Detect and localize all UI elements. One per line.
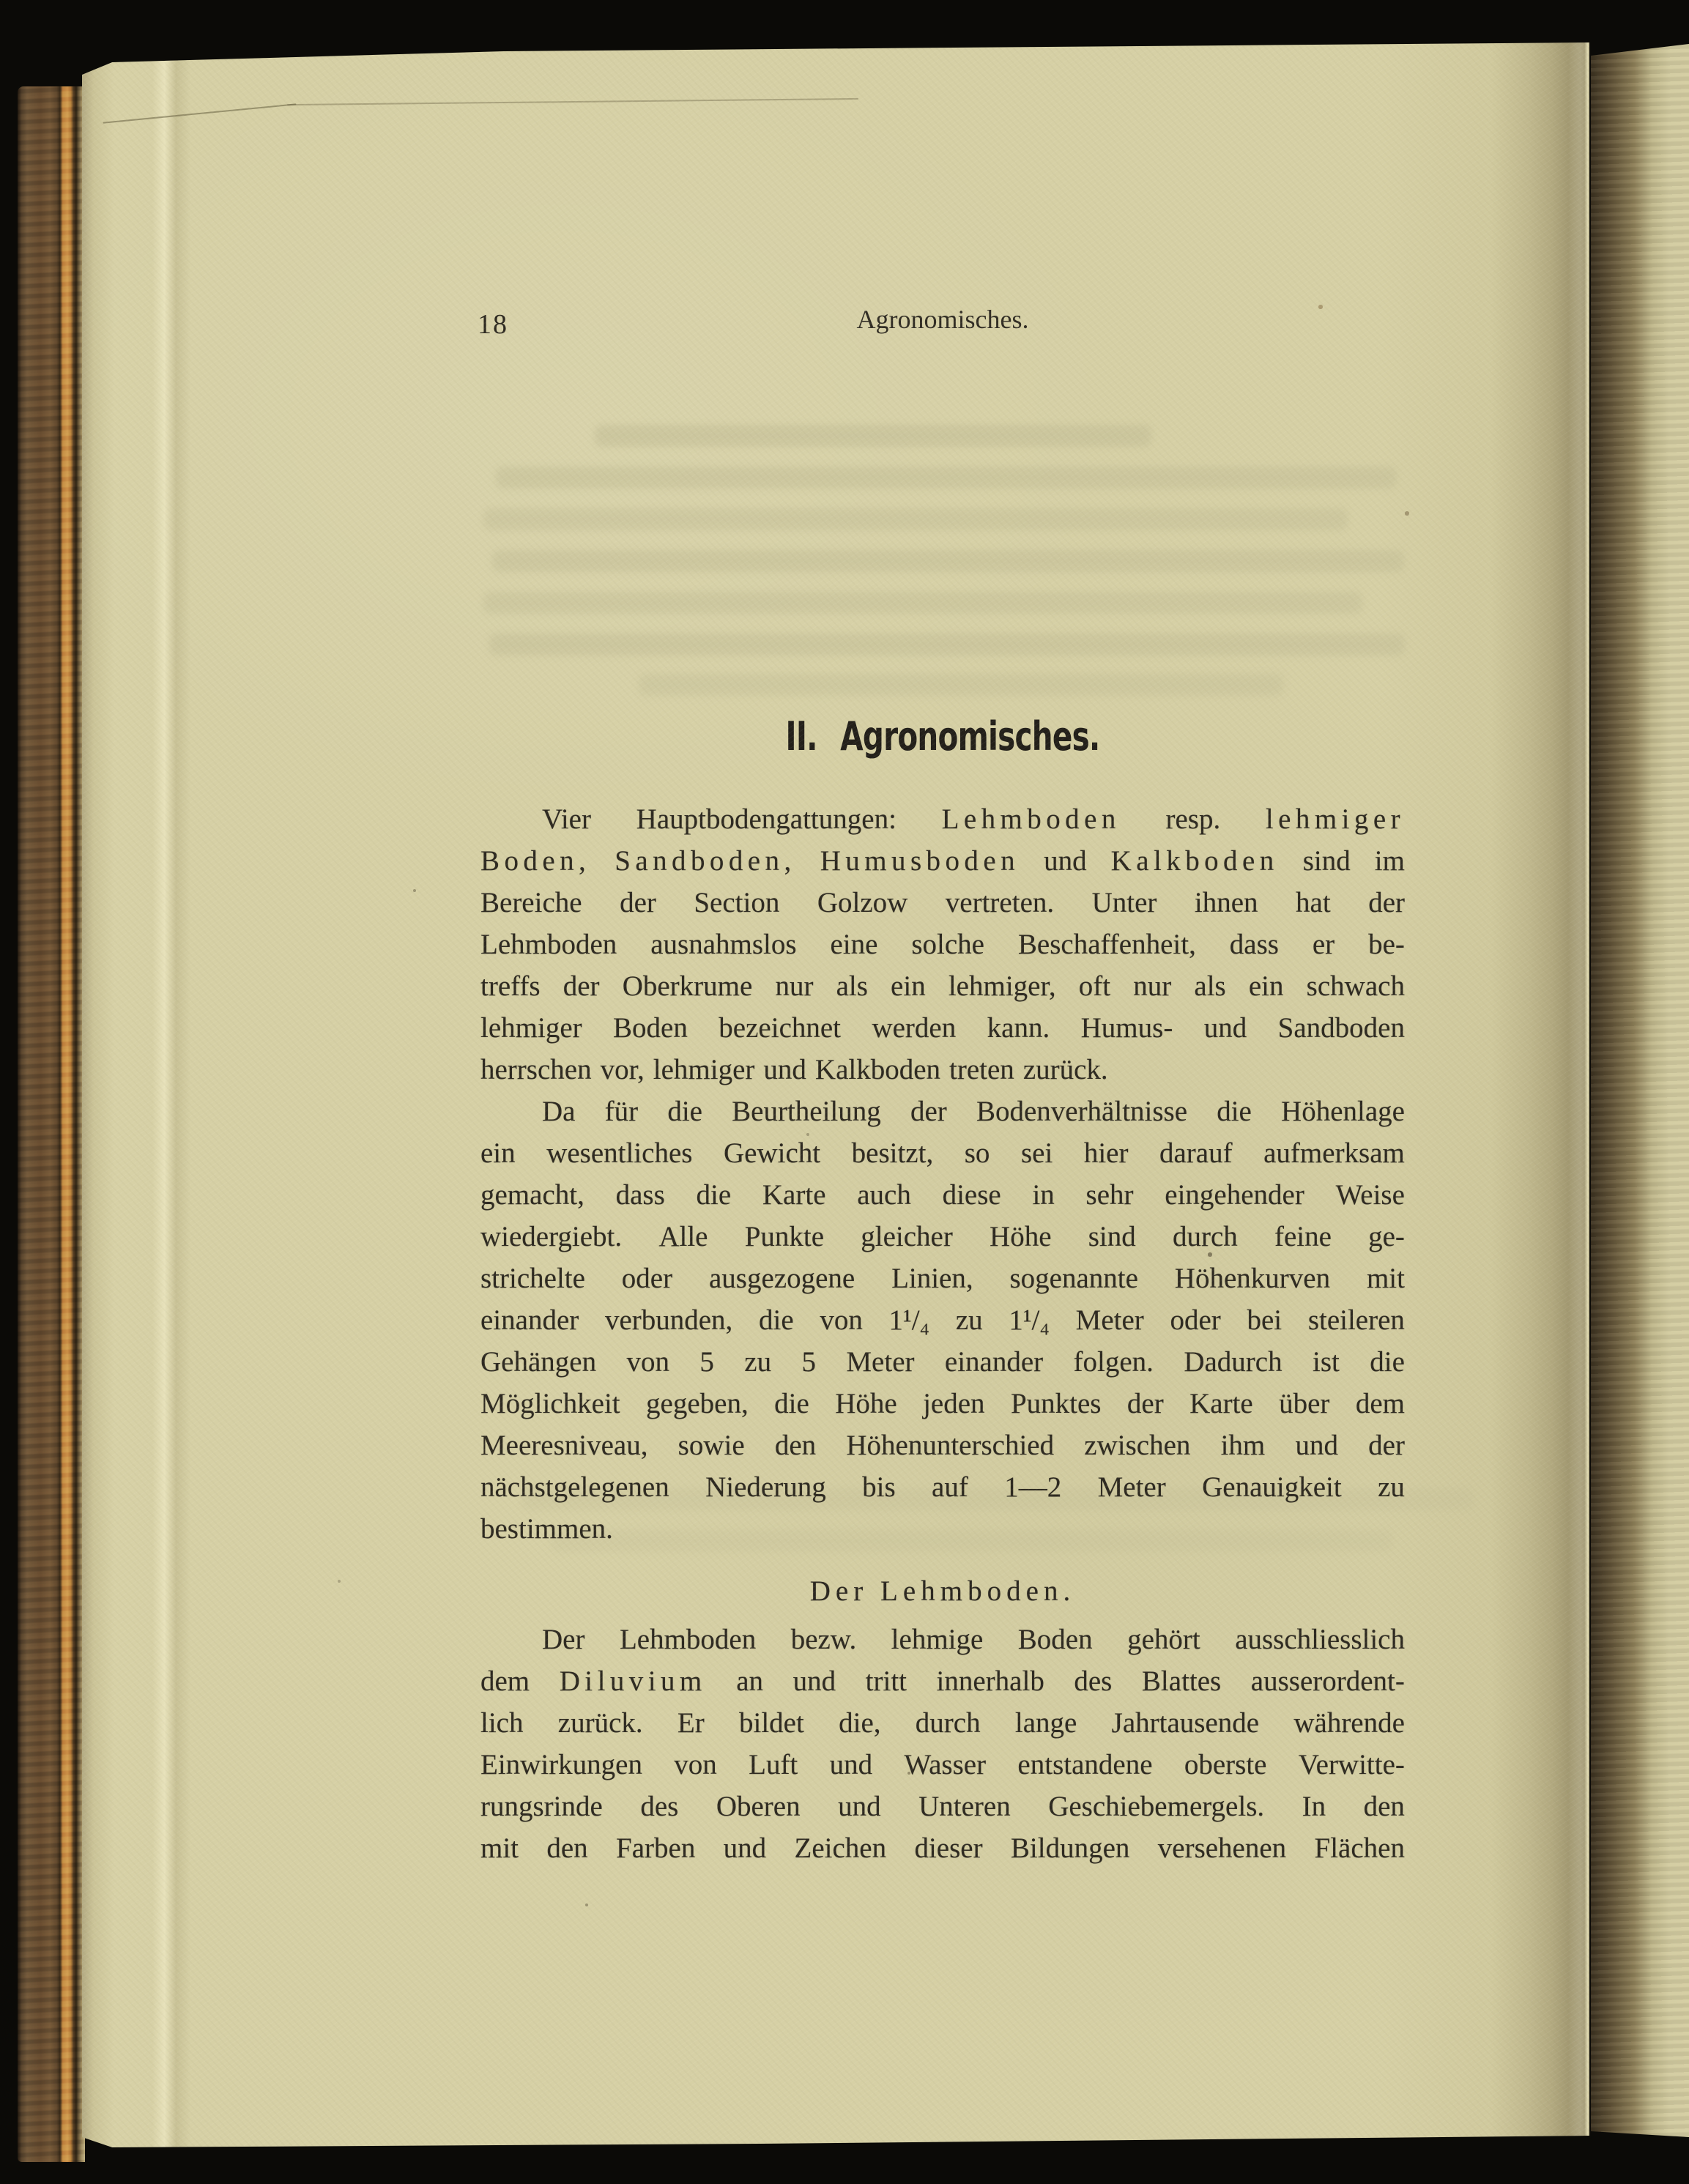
text-line: einwesentlichesGewichtbesitzt,soseihierd… bbox=[480, 1132, 1405, 1174]
paper-specks bbox=[82, 42, 83, 44]
text-line: lehmigerBodenbezeichnetwerdenkann.Humus-… bbox=[480, 1007, 1405, 1049]
paragraph: VierHauptbodengattungen:Lehmbodenresp.le… bbox=[480, 798, 1405, 1091]
paragraph: DafürdieBeurtheilungderBodenverhältnisse… bbox=[480, 1091, 1405, 1550]
scan-canvas: 18 Agronomisches. II.Agronomisches. Vier… bbox=[0, 0, 1689, 2184]
text-line: EinwirkungenvonLuftundWasserentstandeneo… bbox=[480, 1744, 1405, 1786]
binding-crease bbox=[152, 42, 190, 2147]
paragraph: DerLehmbodenbezw.lehmigeBodengehörtaussc… bbox=[480, 1619, 1405, 1869]
gutter-shadow bbox=[1491, 42, 1589, 2147]
under-page-edge-line bbox=[287, 98, 858, 105]
text-body: VierHauptbodengattungen:Lehmbodenresp.le… bbox=[480, 798, 1405, 1869]
text-line: bestimmen. bbox=[480, 1508, 1405, 1550]
text-line: herrschenvor,lehmigerundKalkbodentretenz… bbox=[480, 1049, 1405, 1091]
ghost-line bbox=[489, 634, 1405, 655]
section-numeral: II. bbox=[785, 713, 817, 759]
text-line: strichelteoderausgezogeneLinien,sogenann… bbox=[480, 1258, 1405, 1299]
text-line: wiedergiebt.AllePunktegleicherHöhesinddu… bbox=[480, 1216, 1405, 1258]
adjacent-page bbox=[1591, 44, 1689, 2137]
ghost-line bbox=[492, 550, 1404, 572]
running-header: Agronomisches. bbox=[480, 304, 1405, 335]
section-heading: II.Agronomisches. bbox=[480, 713, 1405, 759]
ghost-line bbox=[639, 674, 1283, 696]
under-page-edge-line bbox=[103, 103, 297, 123]
text-line: demDiluviumanundtrittinnerhalbdesBlattes… bbox=[480, 1660, 1405, 1702]
text-line: Gehängenvon5zu5Metereinanderfolgen.Dadur… bbox=[480, 1341, 1405, 1383]
ghost-line bbox=[483, 508, 1348, 530]
text-line: BereichederSectionGolzowvertreten.Unteri… bbox=[480, 882, 1405, 924]
text-line: DerLehmbodenbezw.lehmigeBodengehörtaussc… bbox=[480, 1619, 1405, 1660]
subsection-heading: Der Lehmboden. bbox=[480, 1570, 1405, 1612]
text-line: Meeresniveau,sowiedenHöhenunterschiedzwi… bbox=[480, 1425, 1405, 1466]
text-line: DafürdieBeurtheilungderBodenverhältnisse… bbox=[480, 1091, 1405, 1132]
text-line: treffsderOberkrumenuralseinlehmiger,oftn… bbox=[480, 965, 1405, 1007]
text-line: LehmbodenausnahmsloseinesolcheBeschaffen… bbox=[480, 924, 1405, 965]
text-line: Boden,Sandboden,HumusbodenundKalkbodensi… bbox=[480, 840, 1405, 882]
text-line: gemacht,dassdieKarteauchdieseinsehreinge… bbox=[480, 1174, 1405, 1216]
book-page: 18 Agronomisches. II.Agronomisches. Vier… bbox=[82, 42, 1589, 2147]
ghost-line bbox=[496, 467, 1397, 489]
text-line: nächstgelegenenNiederungbisauf1—2MeterGe… bbox=[480, 1466, 1405, 1508]
section-title: Agronomisches. bbox=[840, 713, 1099, 759]
text-line: rungsrindedesOberenundUnterenGeschiebeme… bbox=[480, 1786, 1405, 1827]
text-line: lichzurück.Erbildetdie,durchlangeJahrtau… bbox=[480, 1702, 1405, 1744]
ghost-line bbox=[595, 425, 1151, 447]
text-line: einanderverbunden,dievon1¹/₄zu1¹/₄Metero… bbox=[480, 1299, 1405, 1341]
book-spine bbox=[18, 86, 85, 2162]
text-line: mitdenFarbenundZeichendieserBildungenver… bbox=[480, 1827, 1405, 1869]
text-line: VierHauptbodengattungen:Lehmbodenresp.le… bbox=[480, 798, 1405, 840]
ghost-line bbox=[483, 592, 1362, 614]
text-line: Möglichkeitgegeben,dieHöhejedenPunktesde… bbox=[480, 1383, 1405, 1425]
